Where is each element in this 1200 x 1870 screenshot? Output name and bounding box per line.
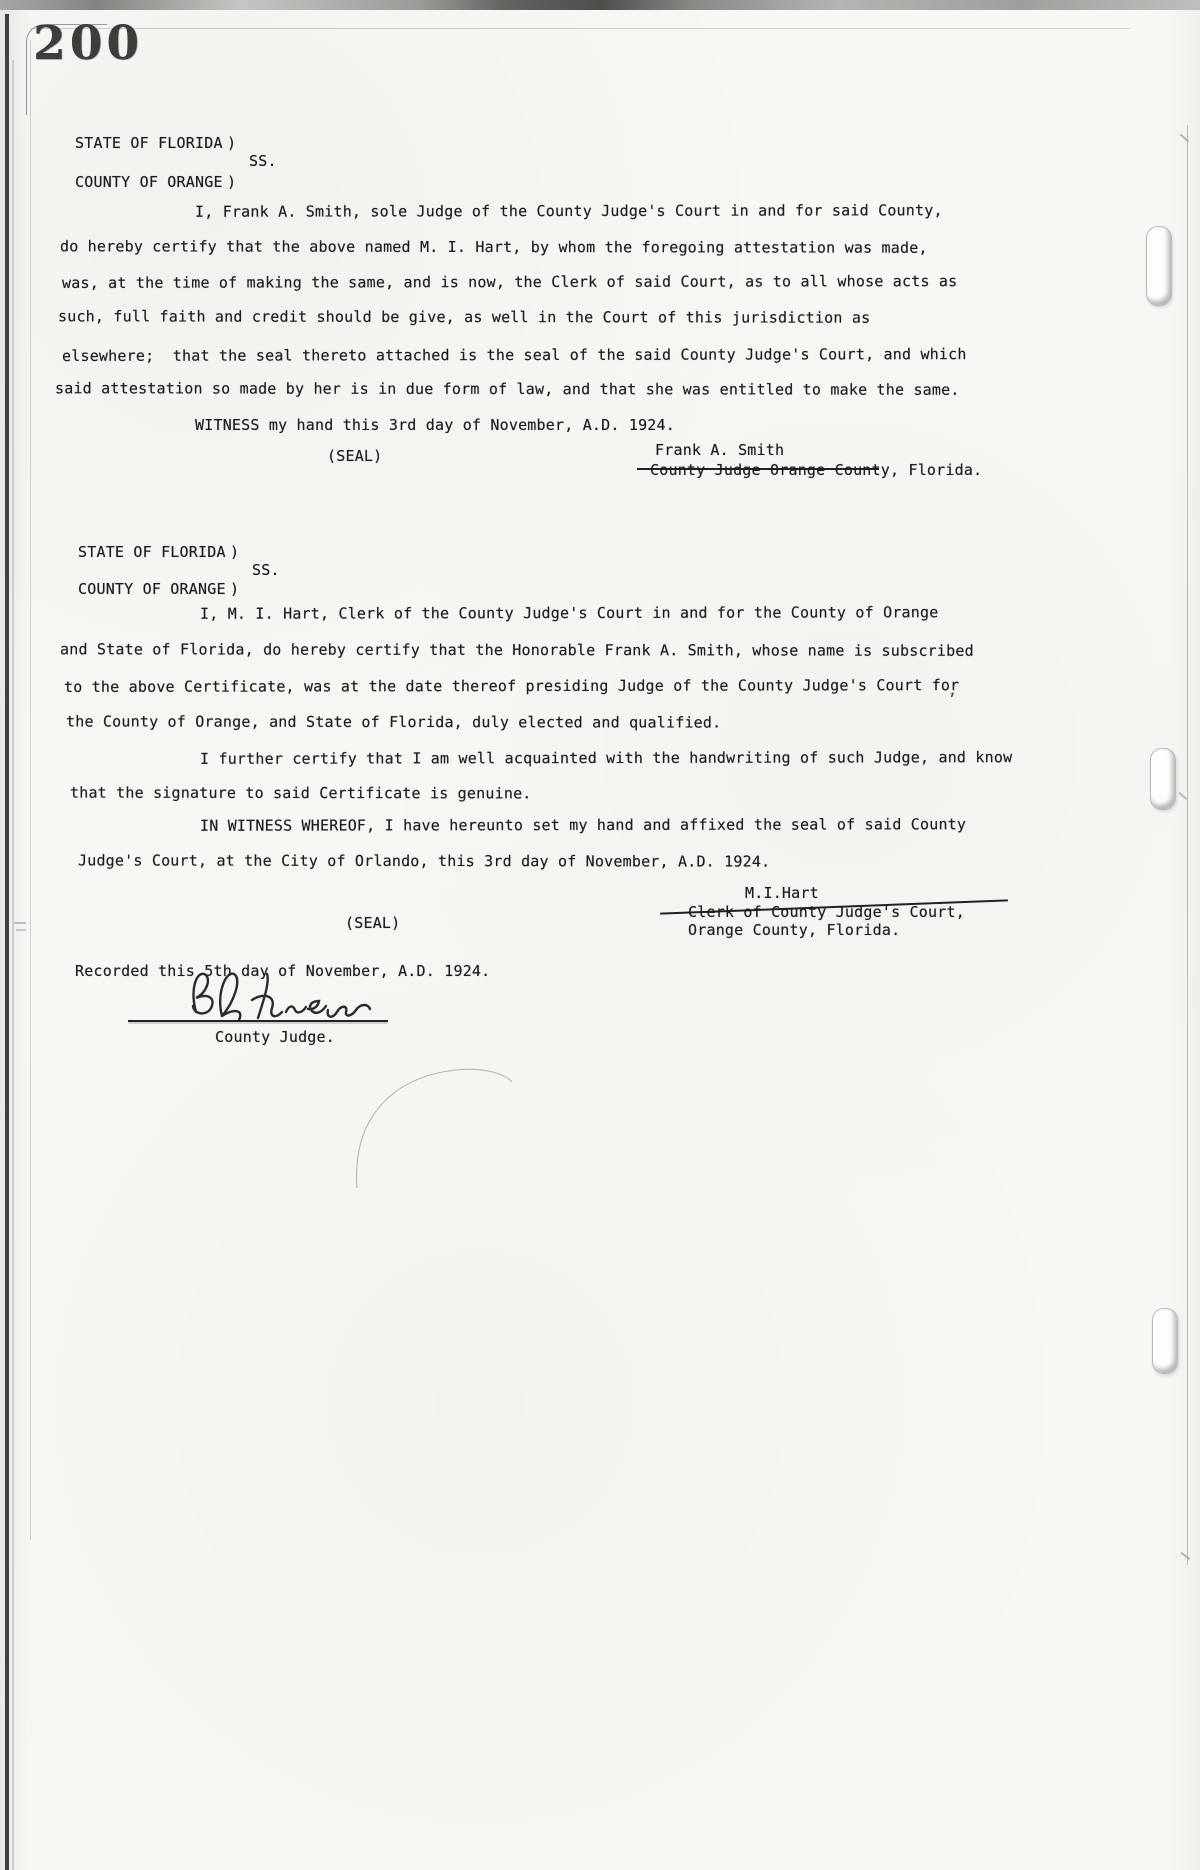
body-line: I, M. I. Hart, Clerk of the County Judge…	[200, 603, 939, 623]
page-number-stamp: 200	[33, 16, 143, 71]
witness-line: WITNESS my hand this 3rd day of November…	[195, 416, 675, 434]
body-line: the County of Orange, and State of Flori…	[66, 712, 721, 731]
venue-bracket: )	[227, 173, 236, 191]
signature-title: Orange County, Florida.	[688, 921, 900, 939]
venue-state-line: STATE OF FLORIDA	[75, 134, 223, 152]
venue-block-clerk: STATE OF FLORIDA ) SS. COUNTY OF ORANGE …	[78, 543, 378, 603]
body-line: such, full faith and credit should be gi…	[58, 307, 870, 326]
body-line: that the signature to said Certificate i…	[70, 784, 532, 803]
right-page-edge-line	[1187, 125, 1188, 1565]
top-scan-edge	[0, 0, 1200, 10]
signature-title: County Judge Orange County, Florida.	[650, 461, 982, 479]
venue-county-line: COUNTY OF ORANGE	[78, 580, 226, 598]
body-line: I further certify that I am well acquain…	[200, 748, 1012, 768]
signature-title: Clerk of County Judge's Court,	[688, 903, 965, 921]
witness-line: Judge's Court, at the City of Orlando, t…	[78, 851, 770, 870]
body-line: and State of Florida, do hereby certify …	[60, 640, 974, 660]
witness-line: IN WITNESS WHEREOF, I have hereunto set …	[200, 815, 966, 835]
binder-edge-gray-line	[12, 60, 14, 1870]
binder-edge-dark-line	[5, 14, 9, 1870]
left-margin-mark	[16, 929, 26, 931]
signer-title-line: County Judge.	[215, 1028, 335, 1046]
stray-ink-mark: ,	[948, 681, 957, 699]
signature-name-typed: M.I.Hart	[745, 884, 819, 902]
body-line: to the above Certificate, was at the dat…	[64, 676, 959, 696]
venue-ss-label: SS.	[252, 561, 280, 579]
pen-stroke-arc	[340, 1058, 530, 1198]
signature-name-typed: Frank A. Smith	[655, 441, 784, 459]
seal-label: (SEAL)	[345, 914, 400, 932]
right-edge-tick	[1181, 1552, 1191, 1560]
venue-bracket: )	[230, 543, 239, 561]
page-top-edge-line	[30, 28, 1130, 29]
body-line: elsewhere; that the seal thereto attache…	[62, 345, 967, 365]
venue-ss-label: SS.	[249, 152, 277, 170]
venue-bracket: )	[230, 580, 239, 598]
venue-state-line: STATE OF FLORIDA	[78, 543, 226, 561]
body-line: I, Frank A. Smith, sole Judge of the Cou…	[195, 201, 943, 221]
punch-hole	[1152, 1308, 1178, 1374]
body-line: do hereby certify that the above named M…	[60, 237, 928, 257]
punch-hole	[1150, 748, 1176, 810]
scanned-document-page: 200 STATE OF FLORIDA ) SS. COUNTY OF ORA…	[0, 0, 1200, 1870]
page-left-edge-line	[30, 40, 31, 1540]
signature-rule	[128, 1020, 388, 1022]
venue-bracket: )	[227, 134, 236, 152]
punch-hole	[1146, 226, 1172, 306]
seal-label: (SEAL)	[327, 447, 382, 465]
body-line: was, at the time of making the same, and…	[62, 272, 957, 292]
body-line: said attestation so made by her is in du…	[55, 379, 960, 399]
venue-block-judge: STATE OF FLORIDA ) SS. COUNTY OF ORANGE …	[75, 134, 375, 194]
left-margin-mark	[14, 922, 26, 924]
venue-county-line: COUNTY OF ORANGE	[75, 173, 223, 191]
